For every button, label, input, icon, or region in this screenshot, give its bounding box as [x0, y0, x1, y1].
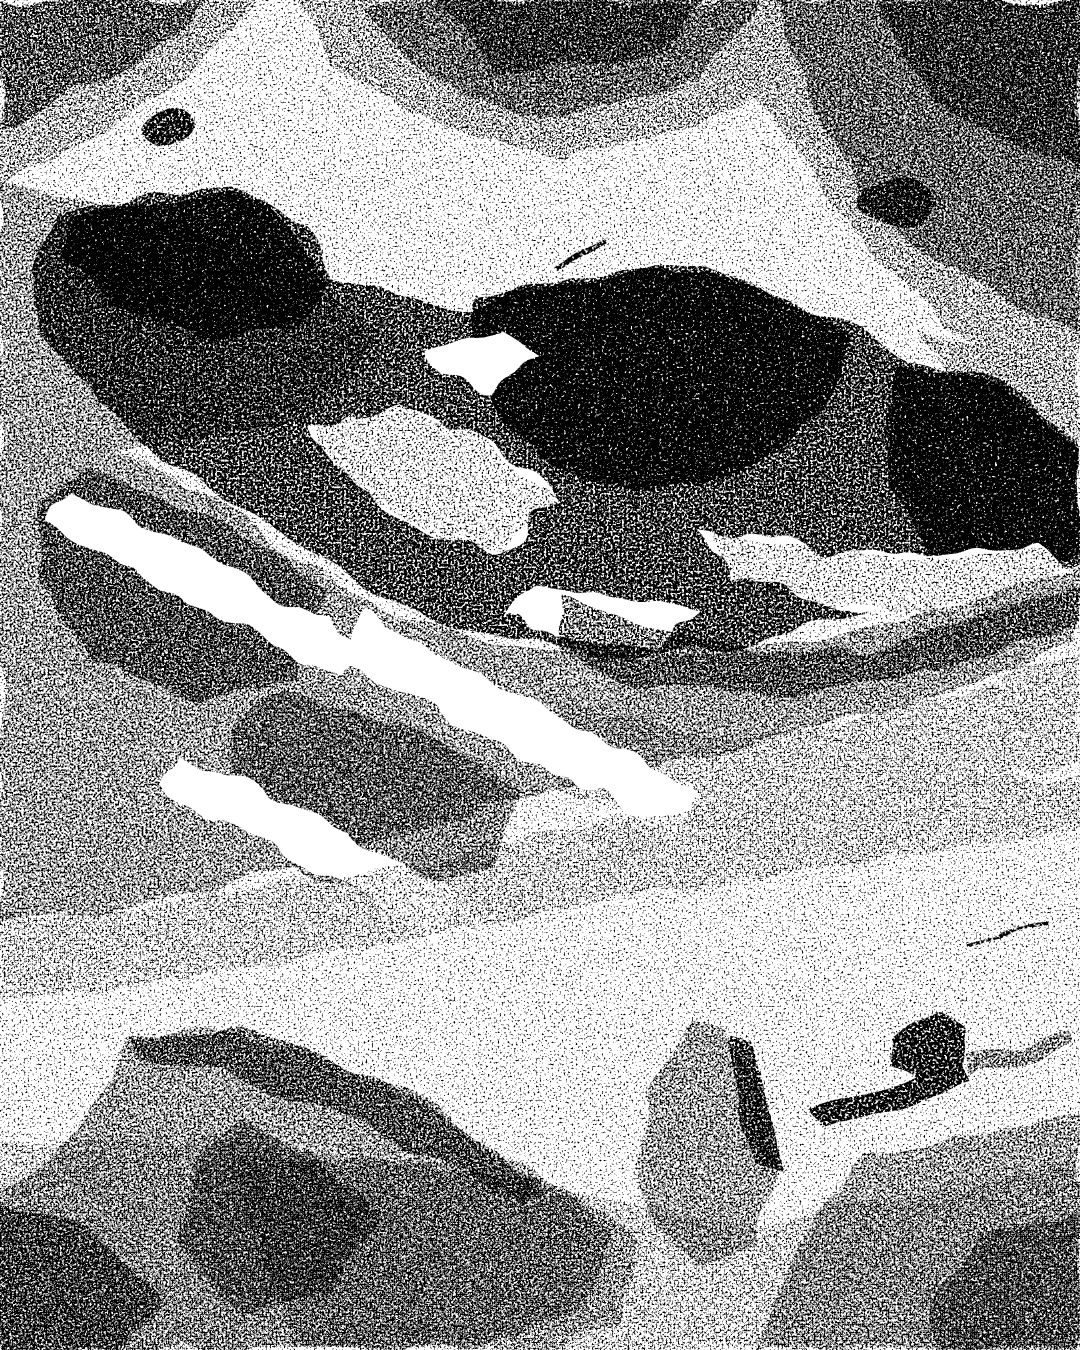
landscape-svg [0, 0, 1080, 1350]
floating-boulder [143, 109, 191, 149]
landscape-image [0, 0, 1080, 1350]
